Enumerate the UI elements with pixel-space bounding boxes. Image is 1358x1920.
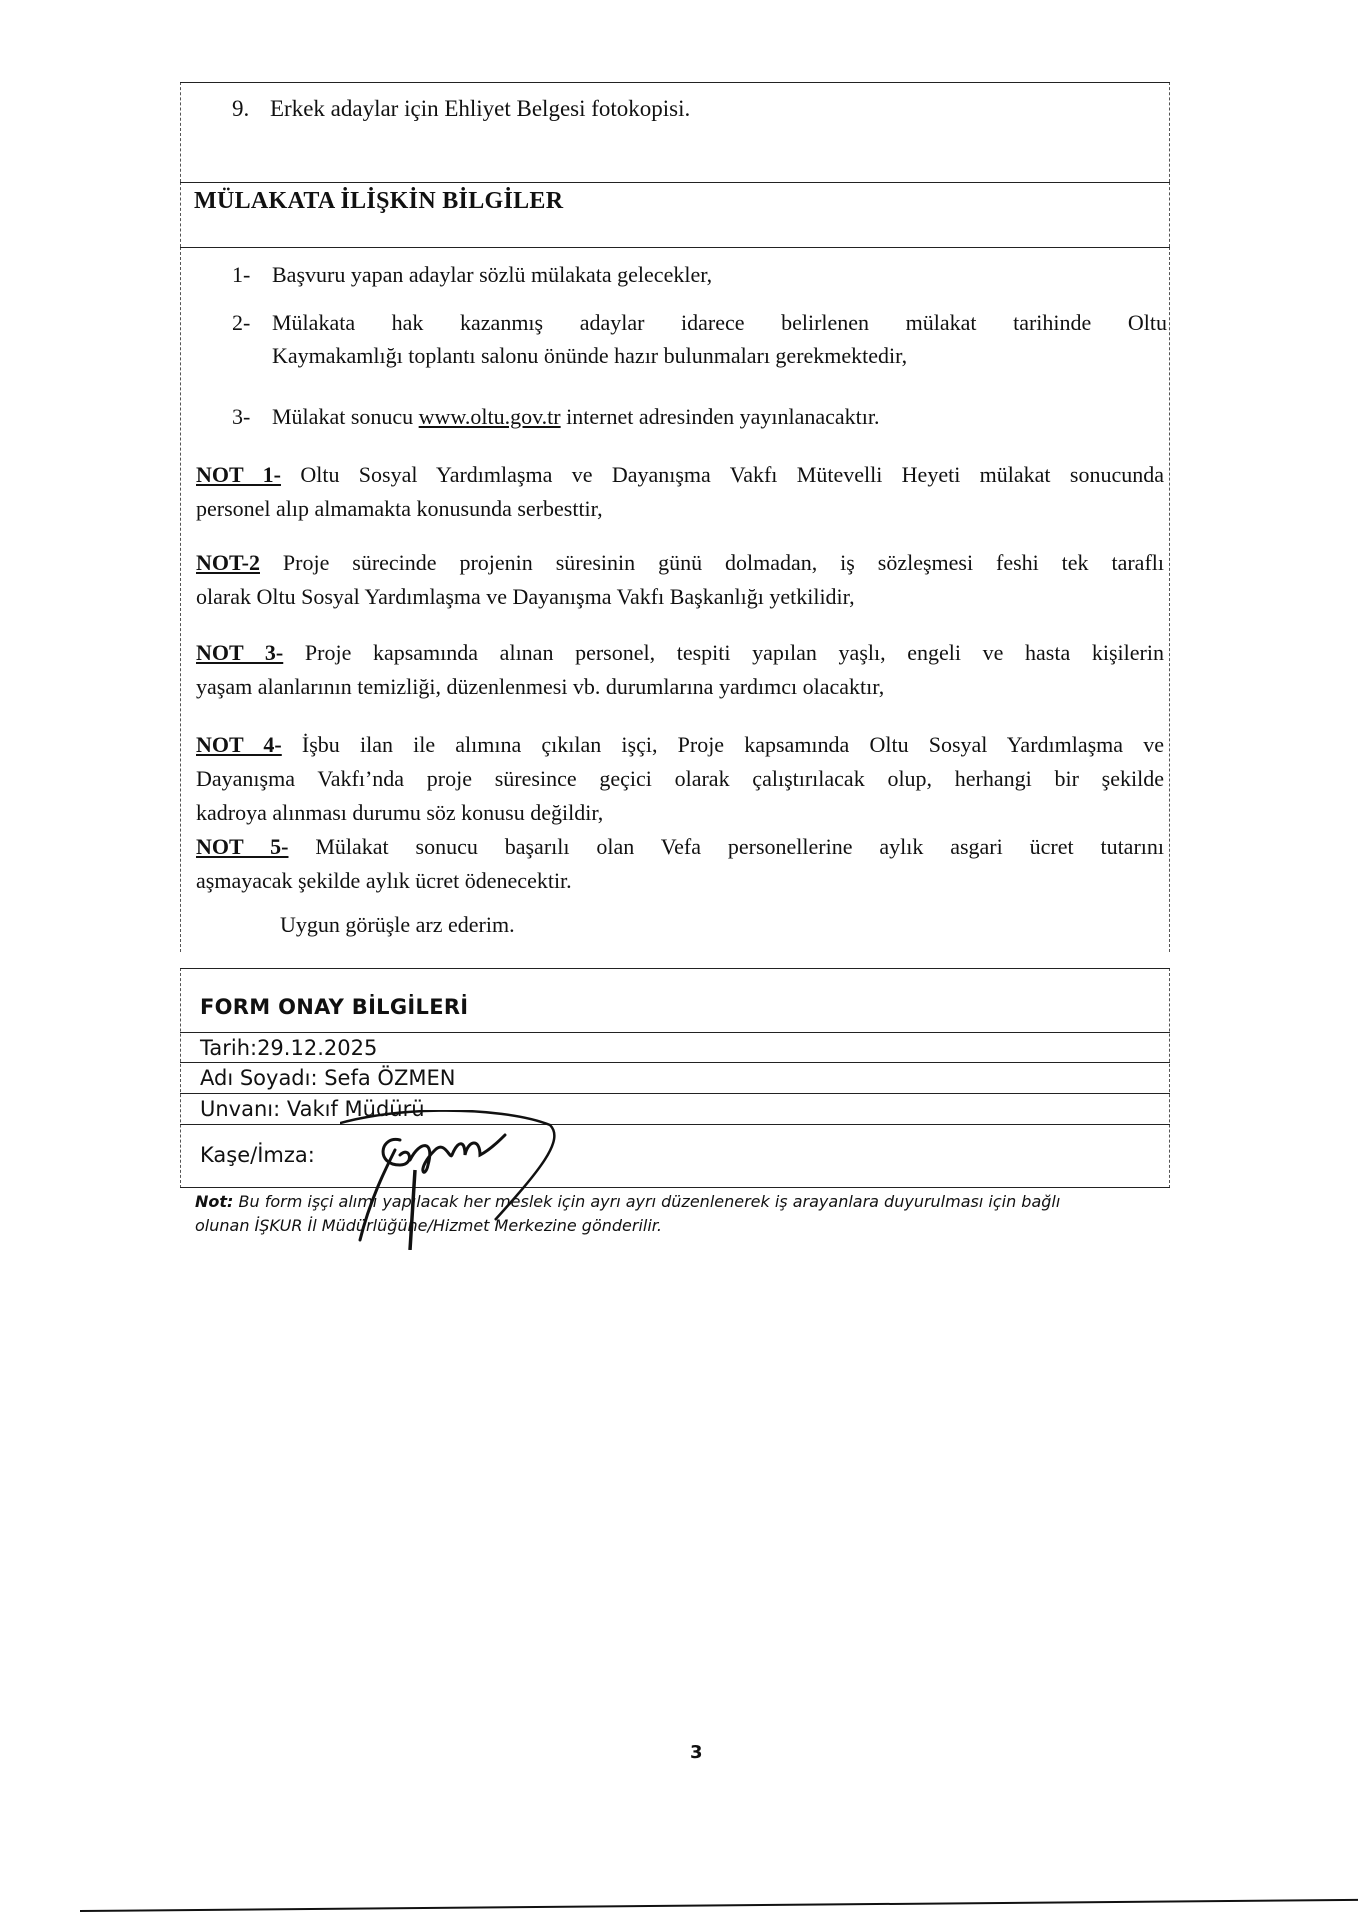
item-text: Başvuru yapan adaylar sözlü mülakata gel… bbox=[272, 258, 1167, 291]
note-text-line-2: personel alıp almamakta konusunda serbes… bbox=[196, 492, 1164, 526]
footnote: Not: Bu form işçi alımı yapılacak her me… bbox=[195, 1190, 1170, 1238]
divider bbox=[180, 1187, 1170, 1188]
form-stamp-signature: Kaşe/İmza: bbox=[200, 1143, 315, 1167]
note-text-line-1: Proje sürecinde projenin süresinin günü … bbox=[260, 550, 1164, 575]
note-label: NOT 1- bbox=[196, 462, 281, 487]
divider bbox=[180, 968, 1170, 969]
note-text-line-1: Oltu Sosyal Yardımlaşma ve Dayanışma Vak… bbox=[281, 462, 1164, 487]
note-text-line-2: olarak Oltu Sosyal Yardımlaşma ve Dayanı… bbox=[196, 580, 1164, 614]
item-number: 1- bbox=[232, 258, 272, 291]
note-5: NOT 5- Mülakat sonucu başarılı olan Vefa… bbox=[196, 830, 1164, 898]
form-date: Tarih:29.12.2025 bbox=[200, 1036, 377, 1060]
item-number: 3- bbox=[232, 400, 272, 433]
divider bbox=[180, 1062, 1170, 1063]
note-text-line-1: Proje kapsamında alınan personel, tespit… bbox=[283, 640, 1164, 665]
form-name: Adı Soyadı: Sefa ÖZMEN bbox=[200, 1066, 455, 1090]
footnote-line-2: olunan İŞKUR İl Müdürlüğüne/Hizmet Merke… bbox=[195, 1214, 1170, 1238]
divider bbox=[180, 1093, 1170, 1094]
divider bbox=[180, 1032, 1170, 1033]
oltu-website-link[interactable]: www.oltu.gov.tr bbox=[419, 404, 561, 429]
footnote-label: Not: bbox=[195, 1192, 233, 1211]
item-number: 2- bbox=[232, 306, 272, 339]
note-text-line-2: Dayanışma Vakfı’nda proje süresince geçi… bbox=[196, 762, 1164, 796]
note-text-line-3: kadroya alınması durumu söz konusu değil… bbox=[196, 796, 1164, 830]
note-4: NOT 4- İşbu ilan ile alımına çıkılan işç… bbox=[196, 728, 1164, 830]
item-text: Mülakat sonucu bbox=[272, 404, 419, 429]
footnote-line-1: Bu form işçi alımı yapılacak her meslek … bbox=[233, 1192, 1060, 1211]
note-1: NOT 1- Oltu Sosyal Yardımlaşma ve Dayanı… bbox=[196, 458, 1164, 526]
divider bbox=[180, 247, 1170, 248]
note-text-line-1: İşbu ilan ile alımına çıkılan işçi, Proj… bbox=[282, 732, 1164, 757]
note-label: NOT 5- bbox=[196, 834, 288, 859]
divider bbox=[180, 82, 1170, 83]
item-text-line-1: Mülakata hak kazanmış adaylar idarece be… bbox=[272, 306, 1167, 339]
interview-item-2: 2- Mülakata hak kazanmış adaylar idarece… bbox=[232, 306, 1167, 372]
item-text-suffix: internet adresinden yayınlanacaktır. bbox=[561, 404, 880, 429]
item-number: 9. bbox=[232, 96, 270, 122]
item-text-line-2: Kaymakamlığı toplantı salonu önünde hazı… bbox=[272, 343, 907, 368]
note-label: NOT-2 bbox=[196, 550, 260, 575]
form-approval-title: FORM ONAY BİLGİLERİ bbox=[200, 995, 468, 1019]
divider bbox=[180, 1124, 1170, 1125]
note-text-line-2: aşmayacak şekilde aylık ücret ödenecekti… bbox=[196, 864, 1164, 898]
scan-edge-line bbox=[80, 1899, 1358, 1912]
interview-item-3: 3- Mülakat sonucu www.oltu.gov.tr intern… bbox=[232, 400, 1167, 433]
interview-section-title: MÜLAKATA İLİŞKİN BİLGİLER bbox=[194, 188, 563, 215]
note-text-line-1: Mülakat sonucu başarılı olan Vefa person… bbox=[288, 834, 1164, 859]
note-2: NOT-2 Proje sürecinde projenin süresinin… bbox=[196, 546, 1164, 614]
divider bbox=[180, 182, 1170, 183]
note-text-line-2: yaşam alanlarının temizliği, düzenlenmes… bbox=[196, 670, 1164, 704]
closing-statement: Uygun görüşle arz ederim. bbox=[280, 912, 515, 938]
page-number: 3 bbox=[690, 1742, 703, 1763]
item-text: Erkek adaylar için Ehliyet Belgesi fotok… bbox=[270, 96, 690, 121]
note-label: NOT 3- bbox=[196, 640, 283, 665]
note-3: NOT 3- Proje kapsamında alınan personel,… bbox=[196, 636, 1164, 704]
requirement-item-9: 9.Erkek adaylar için Ehliyet Belgesi fot… bbox=[232, 96, 690, 122]
note-label: NOT 4- bbox=[196, 732, 282, 757]
interview-item-1: 1- Başvuru yapan adaylar sözlü mülakata … bbox=[232, 258, 1167, 291]
